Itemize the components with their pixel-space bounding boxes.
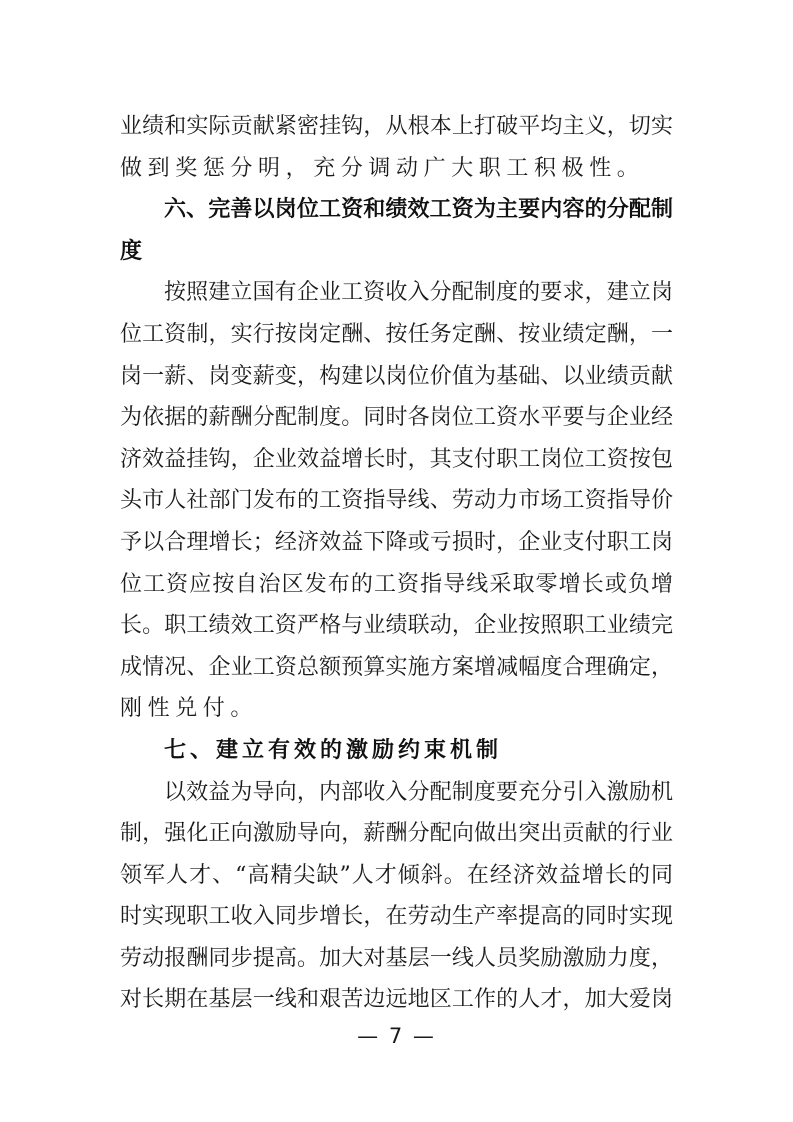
body-line: 制，强化正向激励导向，薪酬分配向做出突出贡献的行业 (120, 813, 673, 855)
body-line: 济效益挂钩，企业效益增长时，其支付职工岗位工资按包 (120, 439, 673, 481)
body-line: 头市人社部门发布的工资指导线、劳动力市场工资指导价 (120, 480, 673, 522)
section-heading-7: 七、建立有效的激励约束机制 (120, 730, 673, 772)
section-heading-6-continued: 度 (120, 231, 673, 273)
body-line: 岗一薪、岗变薪变，构建以岗位价值为基础、以业绩贡献 (120, 356, 673, 398)
body-line: 刚性兑付。 (120, 688, 673, 730)
body-line: 劳动报酬同步提高。加大对基层一线人员奖励激励力度， (120, 938, 673, 980)
body-line: 对长期在基层一线和艰苦边远地区工作的人才，加大爱岗 (120, 979, 673, 1021)
body-line: 为依据的薪酬分配制度。同时各岗位工资水平要与企业经 (120, 397, 673, 439)
section-heading-6: 六、完善以岗位工资和绩效工资为主要内容的分配制 (120, 189, 673, 231)
body-line: 时实现职工收入同步增长，在劳动生产率提高的同时实现 (120, 896, 673, 938)
body-line: 长。职工绩效工资严格与业绩联动，企业按照职工业绩完 (120, 605, 673, 647)
paragraph-start-line: 按照建立国有企业工资收入分配制度的要求，建立岗 (120, 272, 673, 314)
body-line: 位工资应按自治区发布的工资指导线采取零增长或负增 (120, 564, 673, 606)
document-page: 业绩和实际贡献紧密挂钩，从根本上打破平均主义，切实 做到奖惩分明，充分调动广大职… (0, 0, 793, 1122)
document-body: 业绩和实际贡献紧密挂钩，从根本上打破平均主义，切实 做到奖惩分明，充分调动广大职… (120, 106, 673, 1021)
body-line: 领军人才、“高精尖缺”人才倾斜。在经济效益增长的同 (120, 855, 673, 897)
body-line: 业绩和实际贡献紧密挂钩，从根本上打破平均主义，切实 (120, 106, 673, 148)
body-line: 位工资制，实行按岗定酬、按任务定酬、按业绩定酬，一 (120, 314, 673, 356)
body-line: 成情况、企业工资总额预算实施方案增减幅度合理确定， (120, 647, 673, 689)
paragraph-start-line: 以效益为导向，内部收入分配制度要充分引入激励机 (120, 772, 673, 814)
body-line: 予以合理增长；经济效益下降或亏损时，企业支付职工岗 (120, 522, 673, 564)
body-line: 做到奖惩分明，充分调动广大职工积极性。 (120, 148, 673, 190)
page-number: — 7 — (0, 1024, 793, 1048)
